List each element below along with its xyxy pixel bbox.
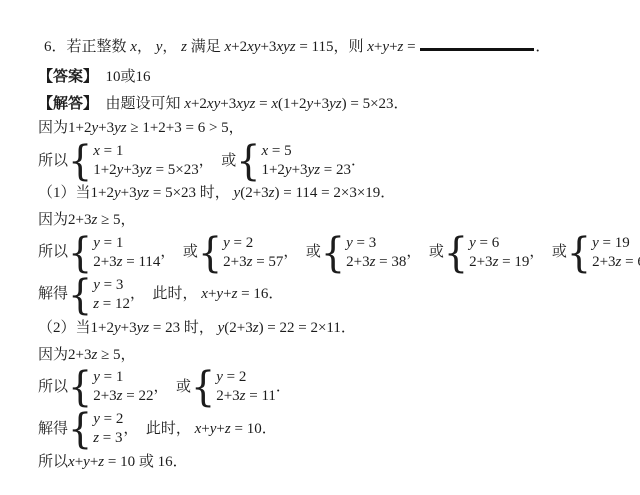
text-run: (1+2 xyxy=(278,96,306,112)
text-run: +2 xyxy=(231,39,247,55)
answer-blank xyxy=(420,48,534,51)
text-run: 解得 xyxy=(38,421,68,437)
text-segment: ． xyxy=(351,152,366,171)
text-segment: 【解答】 由题设可知 x+2xy+3xyz = x(1+2y+3yz) = 5×… xyxy=(38,95,409,114)
system-row: y = 19 xyxy=(592,234,640,253)
text-segment: ， 或 xyxy=(160,243,198,262)
text-run: = 2 xyxy=(230,235,253,251)
text-run: + xyxy=(201,421,209,437)
text-run: = 23 xyxy=(320,162,351,178)
math-variable: yz xyxy=(114,120,127,136)
math-variable: xy xyxy=(207,96,220,112)
text-segment: ， 或 xyxy=(199,152,237,171)
text-run: = 3 xyxy=(100,277,123,293)
text-run: = 6 xyxy=(476,235,499,251)
case1-line: （1）当1+2y+3yz = 5×23 时， y(2+3z) = 114 = 2… xyxy=(38,184,632,203)
text-run: + xyxy=(75,454,83,470)
system-row: y = 3 xyxy=(346,234,406,253)
because-line-3: 因为2+3z ≥ 5， xyxy=(38,346,632,365)
text-run: + xyxy=(389,39,397,55)
text-run: +3 xyxy=(121,185,137,201)
text-segment: （2）当1+2y+3yz = 23 时， y(2+3z) = 22 = 2×11… xyxy=(38,319,356,338)
equation-system: {y = 3z = 12 xyxy=(68,276,130,314)
left-brace-icon: { xyxy=(68,233,92,272)
system-rows: y = 3z = 12 xyxy=(93,276,130,314)
equation-system: {x = 11+2y+3yz = 5×23 xyxy=(68,142,199,180)
text-run: （1）当1+2 xyxy=(38,185,114,201)
text-run: = 3 xyxy=(353,235,376,251)
answer-line: 【答案】 10或16 xyxy=(38,68,632,87)
text-run: 2+3 xyxy=(469,254,492,270)
text-run: = 115，则 xyxy=(296,39,368,55)
text-run: +2 xyxy=(191,96,207,112)
system-rows: y = 12+3z = 22 xyxy=(93,368,153,406)
math-variable: yz xyxy=(139,162,152,178)
math-variable: x xyxy=(130,39,137,55)
text-segment: 【答案】 10或16 xyxy=(38,68,151,87)
text-run: +3 xyxy=(220,96,236,112)
text-segment: 因为2+3z ≥ 5， xyxy=(38,346,136,365)
math-variable: y xyxy=(346,235,353,251)
text-segment: 所以 xyxy=(38,152,68,171)
equation-system: {y = 22+3z = 11 xyxy=(191,368,276,406)
text-run: + xyxy=(216,421,224,437)
conclusion-line: 所以x+y+z = 10 或 16． xyxy=(38,453,632,472)
because-line-1: 因为1+2y+3yz ≥ 1+2+3 = 6 > 5， xyxy=(38,119,632,138)
text-run: +3 xyxy=(121,320,137,336)
text-run: 2+3 xyxy=(346,254,369,270)
text-run: 解得 xyxy=(38,286,68,302)
equation-system: {y = 12+3z = 22 xyxy=(68,368,153,406)
system-row: z = 12 xyxy=(93,295,130,314)
math-variable: y xyxy=(114,320,121,336)
text-run: = 19 xyxy=(498,254,529,270)
text-segment: 解得 xyxy=(38,420,68,439)
left-brace-icon: { xyxy=(321,233,345,272)
text-run: ， 或 xyxy=(529,244,567,260)
math-variable: y xyxy=(592,235,599,251)
text-run: = 10． xyxy=(231,421,277,437)
text-run: = 1 xyxy=(100,369,123,385)
text-run: 因为2+3 xyxy=(38,212,91,228)
text-segment: ， 或 xyxy=(153,378,191,397)
equation-system: {x = 51+2y+3yz = 23 xyxy=(236,142,351,180)
text-run: 1+2 xyxy=(93,162,116,178)
text-run: ， 或 xyxy=(153,379,191,395)
text-segment: ， 此时， x+y+z = 16． xyxy=(130,285,283,304)
text-run: +3 xyxy=(98,120,114,136)
text-run: ) = 22 = 2×11． xyxy=(259,320,356,336)
text-segment: ， 此时， x+y+z = 10． xyxy=(123,420,276,439)
text-run: ≥ 1+2+3 = 6 > 5， xyxy=(127,120,244,136)
text-segment: ， 或 xyxy=(283,243,321,262)
text-run: 1+2 xyxy=(261,162,284,178)
text-segment: 因为2+3z ≥ 5， xyxy=(38,211,136,230)
text-run: = 6 xyxy=(621,254,640,270)
math-variable: xyz xyxy=(236,96,255,112)
system-rows: y = 22+3z = 57 xyxy=(223,234,283,272)
math-variable: y xyxy=(83,454,90,470)
system-rows: y = 62+3z = 19 xyxy=(469,234,529,272)
equation-system: {y = 62+3z = 19 xyxy=(444,234,529,272)
text-segment: 6．若正整数 x， y， z 满足 x+2xy+3xyz = 115，则 x+y… xyxy=(44,38,550,57)
text-run: +3 xyxy=(292,162,308,178)
math-variable: x xyxy=(68,454,75,470)
system-row: 2+3z = 38 xyxy=(346,253,406,272)
text-run: 因为2+3 xyxy=(38,347,91,363)
system-row: 1+2y+3yz = 23 xyxy=(261,161,351,180)
left-brace-icon: { xyxy=(444,233,468,272)
text-segment: 所以 xyxy=(38,243,68,262)
case2-line: （2）当1+2y+3yz = 23 时， y(2+3z) = 22 = 2×11… xyxy=(38,319,632,338)
text-run: 2+3 xyxy=(93,254,116,270)
text-run: +3 xyxy=(260,39,276,55)
system-row: y = 1 xyxy=(93,234,160,253)
math-variable: x xyxy=(271,96,278,112)
system-rows: y = 22+3z = 11 xyxy=(216,368,276,406)
text-run: ， 或 xyxy=(199,153,237,169)
text-run: = 3 xyxy=(99,430,122,446)
text-run: ， 此时， xyxy=(130,286,201,302)
text-run: ， 或 xyxy=(283,244,321,260)
left-brace-icon: { xyxy=(68,275,92,314)
math-variable: x xyxy=(93,143,100,159)
text-run: ≥ 5， xyxy=(97,347,135,363)
system-row: 2+3z = 19 xyxy=(469,253,529,272)
because-line-2: 因为2+3z ≥ 5， xyxy=(38,211,632,230)
text-segment: （1）当1+2y+3yz = 5×23 时， y(2+3z) = 114 = 2… xyxy=(38,184,395,203)
math-variable: x xyxy=(367,39,374,55)
text-run: = xyxy=(403,39,419,55)
text-run: 2+3 xyxy=(223,254,246,270)
system-row: y = 2 xyxy=(223,234,283,253)
left-brace-icon: { xyxy=(236,142,260,181)
text-run: ． xyxy=(351,153,366,169)
text-run: = 5×23 xyxy=(152,162,199,178)
system-row: 2+3z = 114 xyxy=(93,253,160,272)
text-run: 所以 xyxy=(38,454,68,470)
system-line-2: 所以{y = 12+3z = 114， 或{y = 22+3z = 57， 或{… xyxy=(38,234,632,272)
text-segment: 解得 xyxy=(38,285,68,304)
text-run: +3 xyxy=(313,96,329,112)
system-rows: y = 192+3z = 6 xyxy=(592,234,640,272)
math-variable: x xyxy=(201,286,208,302)
text-run: = 11 xyxy=(246,388,276,404)
text-segment: 所以x+y+z = 10 或 16． xyxy=(38,453,188,472)
text-run: = 19 xyxy=(599,235,630,251)
text-run: ， xyxy=(162,39,181,55)
text-run: = 2 xyxy=(100,411,123,427)
math-variable: y xyxy=(469,235,476,251)
system-row: x = 1 xyxy=(93,142,199,161)
system-row: 1+2y+3yz = 5×23 xyxy=(93,161,199,180)
text-run: ) = 114 = 2×3×19． xyxy=(275,185,396,201)
text-run: = 10 或 16． xyxy=(104,454,187,470)
text-segment: ， 或 xyxy=(529,243,567,262)
math-variable: yz xyxy=(137,320,150,336)
text-run: 2+3 xyxy=(592,254,615,270)
solution-intro: 【解答】 由题设可知 x+2xy+3xyz = x(1+2y+3yz) = 5×… xyxy=(38,95,632,114)
text-run: = xyxy=(255,96,271,112)
equation-system: {y = 32+3z = 38 xyxy=(321,234,406,272)
system-row: x = 5 xyxy=(261,142,351,161)
system-row: y = 2 xyxy=(216,368,276,387)
equation-system: {y = 2z = 3 xyxy=(68,410,123,448)
system-rows: x = 51+2y+3yz = 23 xyxy=(261,142,351,180)
system-row: y = 3 xyxy=(93,276,130,295)
left-brace-icon: { xyxy=(198,233,222,272)
text-run: = 2 xyxy=(223,369,246,385)
text-run: 2+3 xyxy=(93,388,116,404)
document-page: 6．若正整数 x， y， z 满足 x+2xy+3xyz = 115，则 x+y… xyxy=(0,0,640,495)
problem-statement: 6．若正整数 x， y， z 满足 x+2xy+3xyz = 115，则 x+y… xyxy=(44,38,632,57)
left-brace-icon: { xyxy=(68,142,92,181)
math-variable: yz xyxy=(329,96,342,112)
math-variable: y xyxy=(93,369,100,385)
text-run: 6．若正整数 xyxy=(44,39,130,55)
math-variable: y xyxy=(114,185,121,201)
math-variable: y xyxy=(216,369,223,385)
text-run: 因为1+2 xyxy=(38,120,91,136)
math-variable: y xyxy=(93,235,100,251)
system-row: y = 6 xyxy=(469,234,529,253)
text-run: = 5 xyxy=(268,143,291,159)
math-variable: y xyxy=(93,411,100,427)
math-variable: y xyxy=(93,277,100,293)
system-row: 2+3z = 11 xyxy=(216,387,276,406)
text-run: ． xyxy=(535,39,550,55)
left-brace-icon: { xyxy=(68,368,92,407)
system-row: 2+3z = 57 xyxy=(223,253,283,272)
text-run: = 114 xyxy=(123,254,161,270)
text-run: = 57 xyxy=(252,254,283,270)
text-run: 2+3 xyxy=(216,388,239,404)
text-run: 由题设可知 xyxy=(98,96,184,112)
left-brace-icon: { xyxy=(68,410,92,449)
text-run: ． xyxy=(276,379,291,395)
text-run: ， 此时， xyxy=(123,421,194,437)
text-run: （2）当1+2 xyxy=(38,320,114,336)
math-variable: xyz xyxy=(276,39,295,55)
math-variable: y xyxy=(285,162,292,178)
left-brace-icon: { xyxy=(191,368,215,407)
math-variable: y xyxy=(223,235,230,251)
system-rows: x = 11+2y+3yz = 5×23 xyxy=(93,142,199,180)
text-run: 所以 xyxy=(38,379,68,395)
text-run: = 23 时， xyxy=(149,320,217,336)
solve-line-1: 解得{y = 3z = 12， 此时， x+y+z = 16． xyxy=(38,276,632,314)
text-segment: 因为1+2y+3yz ≥ 1+2+3 = 6 > 5， xyxy=(38,119,244,138)
left-brace-icon: { xyxy=(567,233,591,272)
system-rows: y = 2z = 3 xyxy=(93,410,123,448)
equation-system: {y = 22+3z = 57 xyxy=(198,234,283,272)
system-row: y = 1 xyxy=(93,368,153,387)
text-run: = 38 xyxy=(375,254,406,270)
text-segment: ． xyxy=(276,378,291,397)
system-row: 2+3z = 6 xyxy=(592,253,640,272)
system-row: z = 3 xyxy=(93,429,123,448)
system-line-3: 所以{y = 12+3z = 22， 或{y = 22+3z = 11． xyxy=(38,368,632,406)
text-run: +3 xyxy=(123,162,139,178)
text-run: ， 或 xyxy=(406,244,444,260)
math-variable: xy xyxy=(247,39,260,55)
text-run: = 1 xyxy=(100,235,123,251)
system-row: y = 2 xyxy=(93,410,123,429)
text-run: ≥ 5， xyxy=(97,212,135,228)
text-run: ， 或 xyxy=(160,244,198,260)
text-run: (2+3 xyxy=(240,185,268,201)
math-variable: yz xyxy=(137,185,150,201)
system-row: 2+3z = 22 xyxy=(93,387,153,406)
text-run: = 16． xyxy=(237,286,283,302)
text-segment: ， 或 xyxy=(406,243,444,262)
text-run: 所以 xyxy=(38,153,68,169)
equation-system: {y = 12+3z = 114 xyxy=(68,234,160,272)
text-run: = 22 xyxy=(123,388,154,404)
text-run: + xyxy=(223,286,231,302)
text-run: = 12 xyxy=(99,296,130,312)
text-run: = 5×23 时， xyxy=(149,185,233,201)
text-run: ) = 5×23． xyxy=(342,96,409,112)
text-run: 满足 xyxy=(187,39,225,55)
text-run: 所以 xyxy=(38,244,68,260)
system-rows: y = 32+3z = 38 xyxy=(346,234,406,272)
math-variable: x xyxy=(184,96,191,112)
equation-system: {y = 192+3z = 6 xyxy=(567,234,640,272)
solve-line-2: 解得{y = 2z = 3， 此时， x+y+z = 10． xyxy=(38,410,632,448)
math-variable: yz xyxy=(308,162,321,178)
text-run: 10或16 xyxy=(98,69,151,85)
system-line-1: 所以{x = 11+2y+3yz = 5×23， 或{x = 51+2y+3yz… xyxy=(38,142,632,180)
text-run: ， xyxy=(137,39,156,55)
text-run: (2+3 xyxy=(224,320,252,336)
text-run: 【答案】 xyxy=(38,69,98,85)
text-run: 【解答】 xyxy=(38,96,98,112)
text-run: = 1 xyxy=(100,143,123,159)
system-rows: y = 12+3z = 114 xyxy=(93,234,160,272)
text-segment: 所以 xyxy=(38,378,68,397)
